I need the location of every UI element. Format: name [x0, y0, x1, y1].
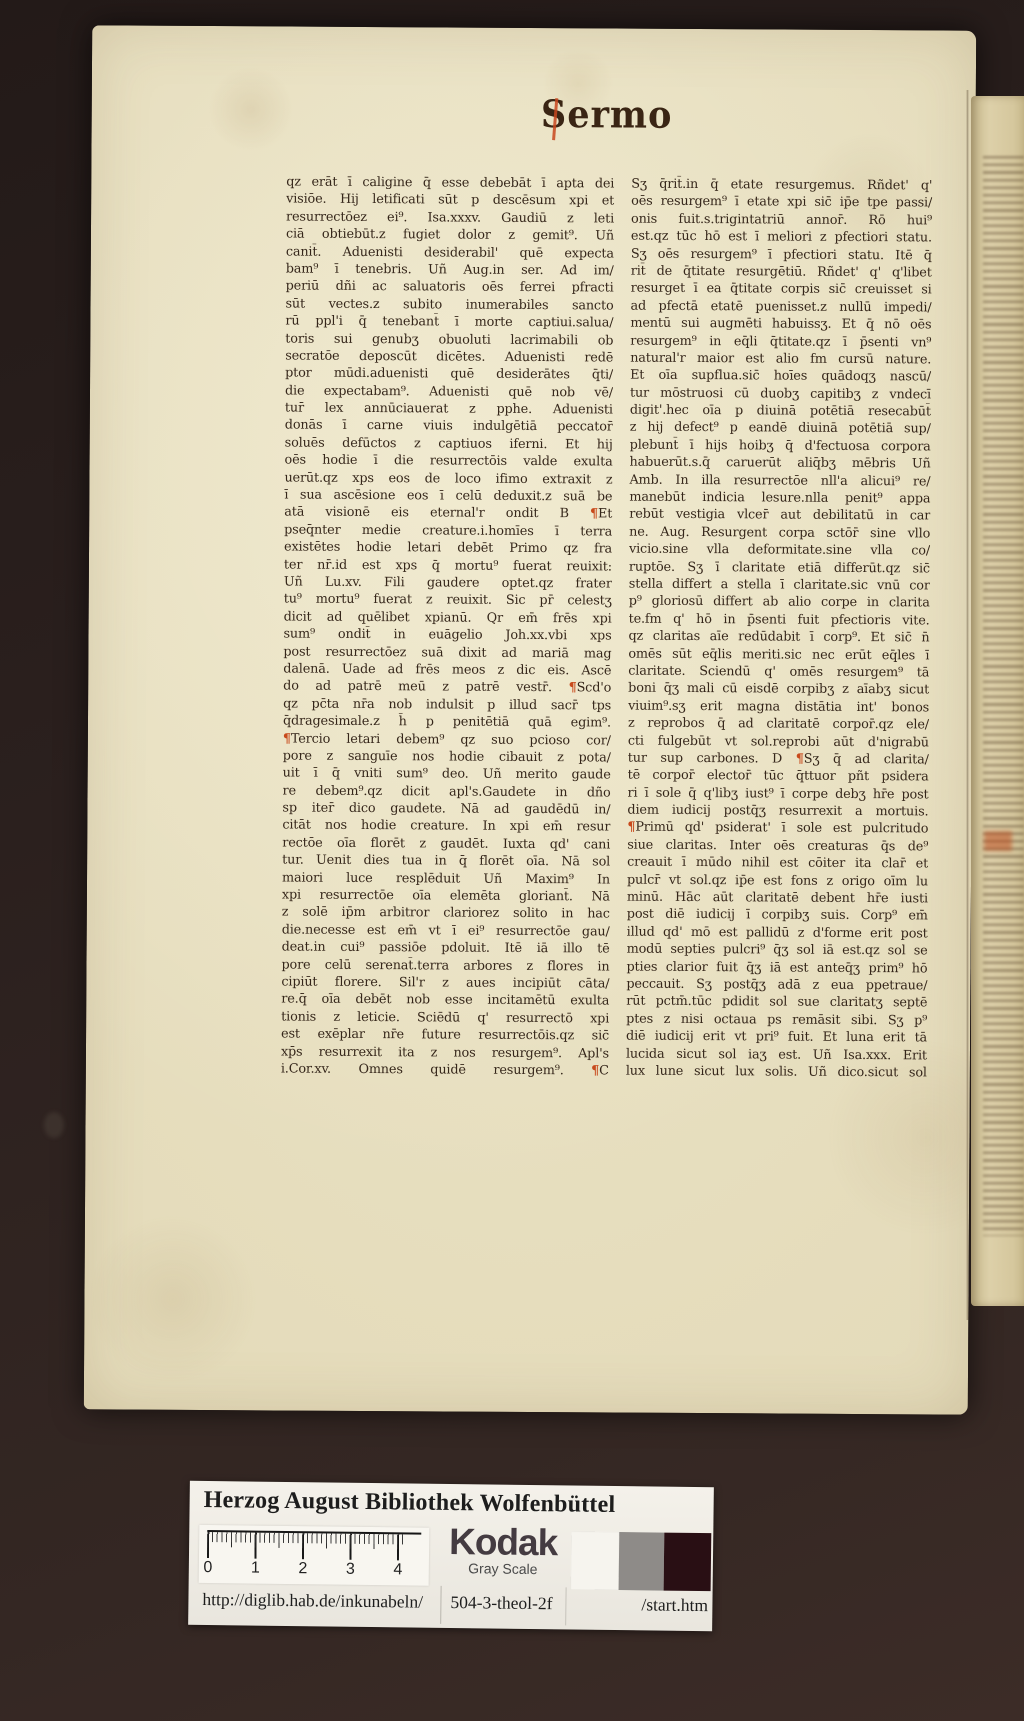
text-line: viuim⁹.sʒ erit magna distātia int' bonos — [628, 697, 929, 716]
text-line: pore z sanguīe nos hodie cibauit z pota/ — [283, 747, 611, 766]
grayscale-patch-dark — [664, 1533, 712, 1592]
text-line: tur mōstruosi cū duobʒ capitibʒ z vndecī — [630, 384, 931, 403]
text-line: ptes z nisi octaua ps remāsit sibi. Sʒ p… — [626, 1010, 927, 1029]
text-line: oēs hodie ī die resurrectōis valde exult… — [285, 452, 613, 471]
text-line: 0 — [201, 1559, 215, 1577]
text-line: die expectabam⁹. Aduenisti quē nob vē/ — [285, 382, 613, 401]
text-line: 1 — [248, 1560, 262, 1578]
text-line: soluēs defūctos z captiuos iferni. Et hi… — [285, 434, 613, 453]
pilcrow-rubric: ¶ — [283, 731, 291, 746]
text-line: z reprobos q̄ ad claritatē corpor̄.qz el… — [628, 715, 929, 734]
text-line: re debem⁹.qz dicit apl's.Gaudete in dño — [283, 782, 611, 801]
text-line: pseq̄nter medie creature.i.homīes ī terr… — [284, 521, 612, 540]
text-line: dicit ad quēlibet xpianū. Qr em̄ frēs xp… — [284, 608, 612, 627]
text-line: xp̄s resurrexit ita z nos resurgem⁹. Apl… — [281, 1043, 609, 1062]
text-line: habuerūt.s.q̄ caruerūt aliq̄bʒ mēbris Uñ — [630, 454, 931, 473]
text-line: pties clarior fuit q̄ʒ iā est anteq̄ʒ pr… — [626, 958, 927, 977]
ruler: 01234 — [199, 1525, 430, 1586]
text-line: post diē iudicij ī corpibʒ suis. Corp⁹ e… — [627, 906, 928, 925]
text-line: die.necesse est em̄ vt ī ei⁹ resurrectōe… — [282, 921, 610, 940]
text-line: 3 — [343, 1561, 357, 1579]
text-line: illud qd' mō est pallidū z d'forme erit … — [627, 923, 928, 942]
manuscript-page: Sermo qz erāt ī caligine q̄ esse debebāt… — [84, 25, 976, 1414]
text-line: dalenā. Uade ad frēs meos z dic eis. Asc… — [283, 660, 611, 679]
text-line: ri ī sole q̄ q'libʒ iust⁹ ī corpe debʒ h… — [628, 784, 929, 803]
label-divider — [565, 1587, 566, 1625]
text-line: ne. Aug. Resurgent corpa sctōr̄ sine vll… — [629, 523, 930, 542]
text-line: rit̄ de q̄titate resurgētiū. Rñdet' q' q… — [631, 263, 932, 282]
ruler-numbers: 01234 — [201, 1559, 405, 1579]
text-line: onis fuit.s.trigintatriū annor̄. Rō hui⁹ — [631, 210, 932, 229]
text-line: rū ppl'i q̄ tenebant̄ ī morte captiui.sa… — [285, 313, 613, 332]
text-line: sp iter̄ dico gaudete. Nā ad gaudēdū in/ — [282, 800, 610, 819]
text-line: digit'.hec oīa p diuinā potētiā resecabū… — [630, 402, 931, 421]
text-line: 4 — [391, 1561, 405, 1579]
grayscale-patch-white — [571, 1531, 620, 1590]
text-column-right: Sʒ q̄rit̄.in q̄ etate resurgemus. Rñdet'… — [626, 176, 933, 1082]
text-line: donās ī carne viuis indulgētiā peccator̄ — [285, 417, 613, 436]
text-line: ptor mūdi.aduenisti quē desiderātes q̄ti… — [285, 365, 613, 384]
text-line: atā visionē eis eternal'r ondit B ¶Et — [284, 504, 612, 523]
text-line: tur̄ lex annūciauerat z pphe. Aduenisti — [285, 400, 613, 419]
text-line: est exēplar nr̄e future resurrectōis.qz … — [281, 1026, 609, 1045]
text-line: i.Cor.xv. Omnes quidē resurgem⁹. ¶C — [281, 1060, 609, 1079]
next-page-edge — [971, 96, 1024, 1306]
pilcrow-rubric: ¶ — [569, 681, 577, 696]
pilcrow-rubric: ¶ — [627, 820, 635, 835]
text-line: est.qz tūc hō est ī meliori z pfectiori … — [631, 228, 932, 247]
text-line: re.q̄ oīa debēt nob esse incitamētū exul… — [281, 991, 609, 1010]
text-line: pulcr̄ vt sol.qz ip̄e est fons z origo o… — [627, 871, 928, 890]
text-line: plebunt̄ ī hijs hoibʒ q̄ d'fectuosa corp… — [630, 436, 931, 455]
grayscale-patch-gray — [619, 1532, 665, 1591]
text-line: maiori luce resplēduit Uñ Maxim⁹ In — [282, 869, 610, 888]
text-line: stella differt a stella ī claritate.sic … — [629, 576, 930, 595]
text-line: citāt nos hodie creature. In xpi em̄ res… — [282, 817, 610, 836]
label-url: http://diglib.hab.de/inkunabeln/ — [202, 1589, 423, 1613]
text-line: z solē ip̄m arbitror clariorez solito in… — [282, 904, 610, 923]
text-line: p⁹ gloriosū differt ab alio corpe in cla… — [629, 593, 930, 612]
kodak-brand-text: Kodak — [435, 1524, 571, 1562]
text-line: Et oīa supflua.sic̄ hoīes quādoqʒ nascū/ — [630, 367, 931, 386]
text-line: mentū sui augmēti habuissʒ. Et q̄ nō oēs — [630, 315, 931, 334]
text-line: diem iudicij postq̄ʒ resurrexit a mortui… — [627, 802, 928, 821]
text-line: lux lune sicut lux solis. Uñ dico.sicut … — [626, 1063, 927, 1082]
text-line: z hij defect⁹ p eandē diuinā potētiā sup… — [630, 419, 931, 438]
text-line: cipiūt florere. Sil'r z aues incipiūt cā… — [281, 973, 609, 992]
library-label: Herzog August Bibliothek Wolfenbüttel 01… — [188, 1481, 714, 1631]
text-line: sūt vectes.z subito inumerabiles sancto — [285, 295, 613, 314]
text-line: peccauit. Sʒ postq̄ʒ adā z eua ppetraue/ — [626, 976, 927, 995]
text-line: resurgem⁹ in eq̄li q̄titate.qz ī p̄senti… — [630, 332, 931, 351]
text-line: vicio.sine vlla deformitate.sine vlla co… — [629, 541, 930, 560]
text-line: qz claritas aīe redūdabit ī corp⁹. Et si… — [628, 628, 929, 647]
text-line: Uñ Lu.xv. Fili gaudere optet.qz frater — [284, 573, 612, 592]
text-line: manebūt indicia lesure.nlla penit⁹ appa — [629, 489, 930, 508]
text-line: deat.in cui⁹ passiōe pdoluit. Itē iā ill… — [282, 939, 610, 958]
text-line: tur. Uenit dies tua in q̄ florēt oīa. Nā… — [282, 852, 610, 871]
text-line: post resurrectōez suā dixit ad mariā mag — [283, 643, 611, 662]
text-line: ad pfectā etatē puenisset.z nullū impedi… — [630, 297, 931, 316]
text-line: tionis z leticie. Sciēdū q' resurrectō x… — [281, 1008, 609, 1027]
text-line: te.fm q' hō in p̄senti fuit pfectioris v… — [629, 610, 930, 629]
text-line: pore celū serenat̄.terra arbores z flore… — [281, 956, 609, 975]
text-line: natural'r maior est alio fm cursū nature… — [630, 350, 931, 369]
text-line: ¶Primū qd' psiderat' ī sole est pulcritu… — [627, 819, 928, 838]
text-line: xpi resurrectōe oīa elemēta gloriant̄. N… — [282, 887, 610, 906]
text-line: 2 — [296, 1560, 310, 1578]
text-line: lucida sicut sol iaʒ est. Uñ Isa.xxx. Er… — [626, 1045, 927, 1064]
text-line: toris sui genubʒ obuoluti lacrimabili ob — [285, 330, 613, 349]
showthrough-text — [983, 156, 1024, 1236]
label-path: /start.htm — [641, 1594, 708, 1616]
text-line: ciā obtiebūt.z fugiet dolor z gemit⁹. Uñ — [286, 226, 614, 245]
pilcrow-rubric: ¶ — [590, 507, 598, 522]
text-line: uerūt.qz xps eos de loco ifimo extraxit … — [284, 469, 612, 488]
text-line: oēs resurgem⁹ ī etate xpi sic̄ ip̄e tpe … — [631, 193, 932, 212]
text-line: qz pc̄ta nr̄a nob indulsit p illud sacr̄… — [283, 695, 611, 714]
text-line: Sʒ oēs resurgem⁹ ī pfectiori statu. Itē … — [631, 245, 932, 264]
text-line: periū dñi ac saluatoris oēs ferrei pfrac… — [286, 278, 614, 297]
text-line: secratōe deposcūt dicētes. Aduenisti red… — [285, 347, 613, 366]
text-line: sum⁹ ondit̄ in euāgelio Joh.xx.vbi xps — [283, 626, 611, 645]
text-line: omēs sūt eq̄lis meriti.sic nec erūt eq̄l… — [628, 645, 929, 664]
pilcrow-rubric: ¶ — [591, 1063, 599, 1078]
text-line: Amb. In illa resurrectōe nll'a alicui⁹ r… — [629, 471, 930, 490]
text-line: Sʒ q̄rit̄.in q̄ etate resurgemus. Rñdet'… — [631, 176, 932, 195]
label-shelfmark: 504-3-theol-2f — [450, 1592, 552, 1614]
pilcrow-rubric: ¶ — [796, 752, 804, 767]
library-name: Herzog August Bibliothek Wolfenbüttel — [203, 1487, 703, 1520]
text-line: modū septies pulcri⁹ q̄ʒ sol iā est.qz s… — [627, 941, 928, 960]
text-line: ruptōe. Sʒ ī claritate etiā differūt.qz … — [629, 558, 930, 577]
text-line: tur sup carbones. D ¶Sʒ q̄ ad clarita/ — [628, 749, 929, 768]
text-line: canit̄. Aduenisti desiderabil' quē expec… — [286, 243, 614, 262]
text-column-left: qz erāt ī caligine q̄ esse debebāt ī apt… — [281, 174, 615, 1080]
background-smudge — [44, 1112, 64, 1138]
text-line: rūt pctm̄.tūc pdidit sol sue claritatʒ s… — [626, 993, 927, 1012]
text-line: rebūt vestigia vlcer̄ aut debilitatū in … — [629, 506, 930, 525]
kodak-logo: Kodak Gray Scale — [435, 1524, 572, 1578]
text-line: qz erāt ī caligine q̄ esse debebāt ī apt… — [286, 174, 614, 193]
text-line: ī sua ascēsione eos ī celū deduxit.z suā… — [284, 487, 612, 506]
text-line: visiōe. Hij letificati sūt p descēsum xp… — [286, 191, 614, 210]
text-line: resurrectōez ei⁹. Isa.xxxv. Gaudiū z let… — [286, 208, 614, 227]
text-line: bam⁹ ī tenebris. Uñ Aug.in ser. Ad im/ — [286, 260, 614, 279]
text-line: tē corpor̄ elector̄ tūc q̄ttuor pñt psid… — [628, 767, 929, 786]
text-line: uit ī q̄ vniti sum⁹ deo. Uñ merito gaude — [283, 765, 611, 784]
label-divider — [440, 1586, 441, 1624]
text-line: ¶Tercio letari debem⁹ qz suo pcioso cor/ — [283, 730, 611, 749]
text-line: rectōe oīa florēt z gaudēt. Iuxta qd' ca… — [282, 834, 610, 853]
ruler-ticks — [207, 1530, 421, 1561]
showthrough-rubric — [984, 831, 1012, 851]
text-line: diē iudicij erit vt pri⁹ fuit. Et luna e… — [626, 1028, 927, 1047]
text-line: tu⁹ mortu⁹ fuerat z reuixit. Sic pr̄ cel… — [284, 591, 612, 610]
page-crease — [966, 90, 969, 1320]
text-line: do ad patrē meū z patrē vestr̄. ¶Scd'o — [283, 678, 611, 697]
text-line: boni q̄ʒ mali cū eisdē corpibʒ z aīabʒ s… — [628, 680, 929, 699]
text-line: minū. Hāc aūt claritatē debent hr̄e iust… — [627, 889, 928, 908]
text-line: creauit ī mūdo nihil est cōiter ita clar… — [627, 854, 928, 873]
label-bottom-row: http://diglib.hab.de/inkunabeln/ 504-3-t… — [188, 1583, 712, 1629]
text-line: claritate. Sciendū q' omēs resurgem⁹ tā — [628, 663, 929, 682]
text-line: cti fulgebūt vt sol.reprobi aūt d'nigrab… — [628, 732, 929, 751]
text-line: existētes hodie letari debēt Primo qz fr… — [284, 539, 612, 558]
text-line: siue claritas. Inter oēs creaturas q̄s d… — [627, 836, 928, 855]
text-line: ter nr̄.id est xps q̄ mortu⁹ fuerat reui… — [284, 556, 612, 575]
text-line: resurget ī ea q̄titate corpis sic̄ creui… — [631, 280, 932, 299]
text-line: q̄dragesimale.z h̄ p penitētiā quā egim⁹… — [283, 713, 611, 732]
